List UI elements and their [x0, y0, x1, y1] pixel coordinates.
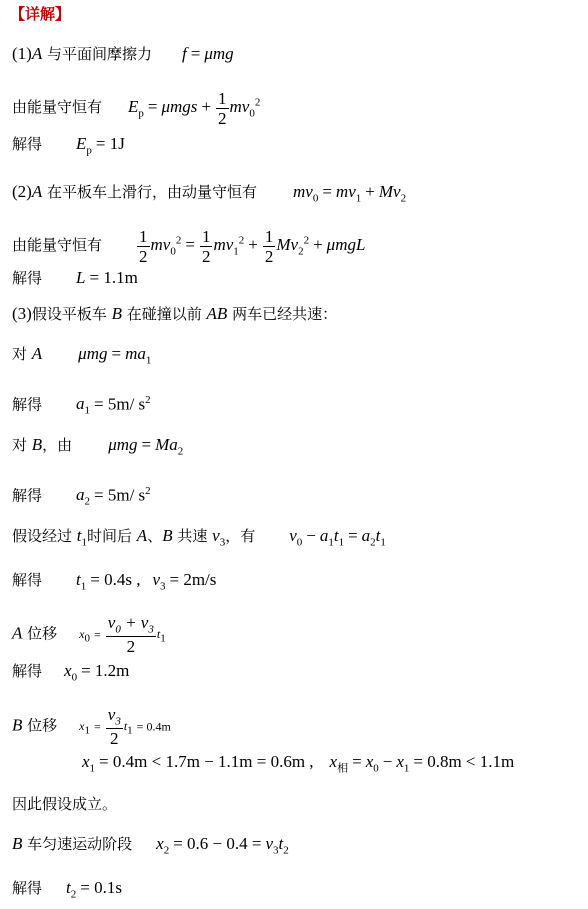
line-common-velocity: 假设经过 t1时间后 A、B 共速 v3，有 v0 − a1t1 = a2t1 — [12, 526, 386, 552]
label: 在平板车上滑行，由动量守恒有 — [42, 183, 257, 201]
label: 对 — [12, 436, 32, 454]
var-B: B — [162, 526, 172, 545]
line-friction: (1)A 与平面间摩擦力 f = μmg — [12, 44, 234, 65]
label: 解得 — [12, 269, 42, 287]
result: = 0.1s — [80, 878, 122, 897]
line-displacement-A: A 位移 x0 = v0 + v32t1 — [12, 614, 166, 655]
part-number: (1) — [12, 44, 32, 63]
label: 与平面间摩擦力 — [42, 45, 152, 63]
line-for-A: 对 A μmg = ma1 — [12, 344, 151, 370]
fraction-half: 12 — [216, 90, 229, 127]
result: = 2m/s — [170, 570, 217, 589]
label: 车匀速运动阶段 — [22, 835, 132, 853]
line-energy-1: 由能量守恒有 Ep = μmgs + 12mv02 — [12, 90, 260, 127]
line-assumption: (3)假设平板车 B 在碰撞以前 AB 两车已经共速： — [12, 304, 337, 325]
label: 共速 — [173, 527, 213, 545]
var-A: A — [12, 623, 22, 642]
line-solve-a2: 解得 a2 = 5m/ s2 — [12, 481, 151, 512]
line-for-B: 对 B，由 μmg = Ma2 — [12, 435, 183, 461]
result: = 1.2m — [81, 661, 129, 680]
line-displacement-B: B 位移 x1 = v32t1 = 0.4m — [12, 706, 171, 747]
line-solve-a1: 解得 a1 = 5m/ s2 — [12, 390, 151, 421]
label: 解得 — [12, 879, 42, 897]
var-B: B — [12, 834, 22, 853]
var-B: B — [32, 435, 42, 454]
label: ，有 — [225, 527, 255, 545]
result: = 5m/ s — [94, 485, 145, 504]
result: = 1.1m — [89, 268, 137, 287]
line-solve-t2: 解得 t2 = 0.1s — [12, 878, 122, 904]
label: 在碰撞以前 — [122, 305, 207, 323]
var-A: A — [32, 344, 42, 363]
result: = 1J — [96, 134, 125, 153]
label: 对 — [12, 345, 32, 363]
label: ，由 — [42, 436, 72, 454]
formula: f — [182, 44, 187, 63]
line-uniform-motion: B 车匀速运动阶段 x2 = 0.6 − 0.4 = v3t2 — [12, 834, 289, 860]
var-B: B — [12, 715, 22, 734]
formula: mv0 — [293, 182, 318, 201]
label: 解得 — [12, 571, 42, 589]
result: = 0.4s , — [90, 570, 140, 589]
label: 假设经过 — [12, 527, 77, 545]
section-header: 【详解】 — [10, 4, 70, 24]
result: = 0.4m — [137, 719, 171, 733]
line-solve-Ep: 解得 Ep = 1J — [12, 134, 125, 160]
line-solve-t1: 解得 t1 = 0.4s , v3 = 2m/s — [12, 570, 216, 596]
subscript: 相 — [337, 762, 348, 774]
part-number: (2) — [12, 182, 32, 201]
line-energy-2: 由能量守恒有 12mv02 = 12mv12 + 12Mv22 + μmgL — [12, 228, 365, 265]
label: 解得 — [12, 662, 42, 680]
inequality-2: = 0.8m < 1.1m — [413, 752, 514, 771]
label: 位移 — [22, 624, 57, 642]
label: 、 — [147, 527, 162, 545]
label: 假设平板车 — [32, 305, 112, 323]
line-inequality: x1 = 0.4m < 1.7m − 1.1m = 0.6m , x相 = x0… — [82, 752, 514, 778]
var-B: B — [112, 304, 122, 323]
label: 位移 — [22, 716, 57, 734]
line-solve-x0: 解得 x0 = 1.2m — [12, 661, 129, 687]
label: 解得 — [12, 135, 42, 153]
formula: Ep — [128, 97, 144, 116]
result: = 5m/ s — [94, 394, 145, 413]
line-momentum: (2)A 在平板车上滑行，由动量守恒有 mv0 = mv1 + Mv2 — [12, 182, 406, 208]
part-number: (3) — [12, 304, 32, 323]
label: 解得 — [12, 395, 42, 413]
var-A: A — [137, 526, 147, 545]
label: 两车已经共速： — [227, 305, 337, 323]
line-solve-L: 解得 L = 1.1m — [12, 268, 138, 289]
label: 由能量守恒有 — [12, 236, 102, 254]
label: 解得 — [12, 486, 42, 504]
label: 时间后 — [87, 527, 137, 545]
fraction: v0 + v32 — [106, 614, 156, 655]
var-A: A — [32, 182, 42, 201]
var-A: A — [32, 44, 42, 63]
expression: = 0.6 − 0.4 = — [173, 834, 261, 853]
inequality-1: = 0.4m < 1.7m − 1.1m = 0.6m , — [99, 752, 314, 771]
var-AB: AB — [207, 304, 228, 323]
line-conclusion: 因此假设成立。 — [12, 794, 117, 814]
label: 由能量守恒有 — [12, 98, 102, 116]
